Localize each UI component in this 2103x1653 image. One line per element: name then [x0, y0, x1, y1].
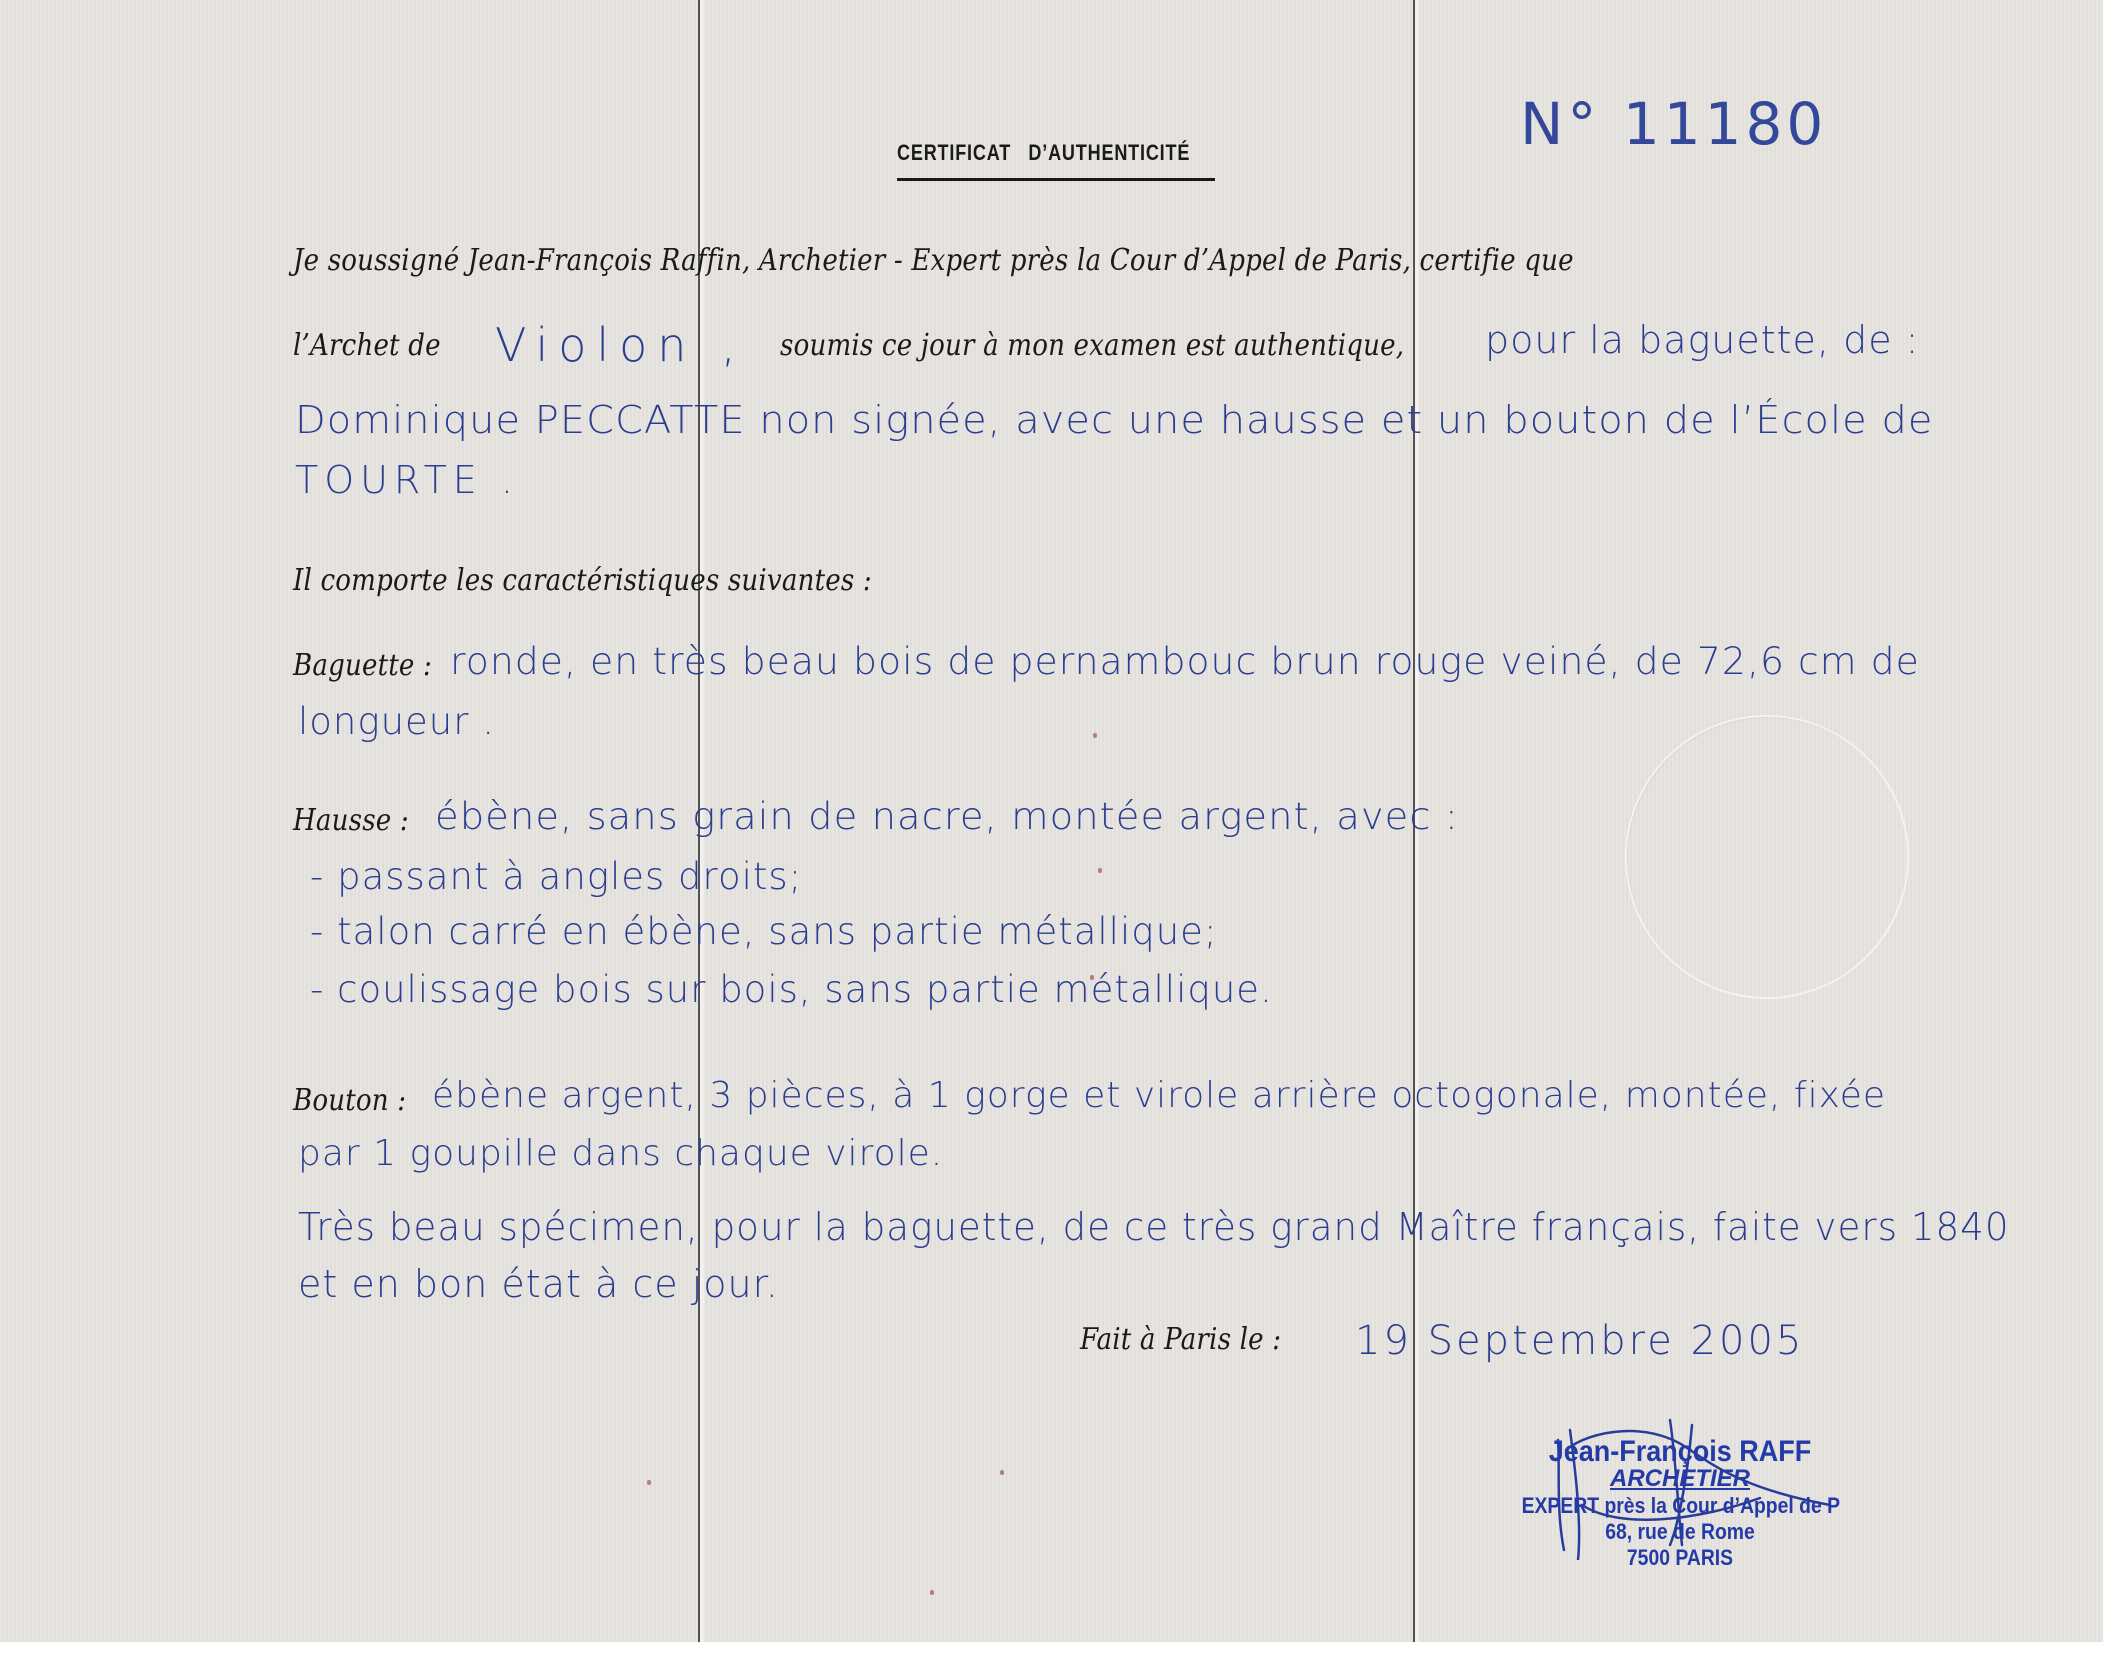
bouton-label: Bouton : [293, 1083, 406, 1118]
ink-speck [1098, 868, 1102, 873]
hausse-item: - coulissage bois sur bois, sans partie … [310, 968, 1273, 1011]
baguette-description: ronde, en très beau bois de pernambouc b… [450, 640, 1920, 683]
document-title: CERTIFICAT D’AUTHENTICITÉ [897, 140, 1190, 166]
stamp-city: 7500 PARIS [1522, 1545, 1839, 1571]
characteristics-heading: Il comporte les caractéristiques suivant… [293, 563, 872, 598]
intro-line-2-prefix: l’Archet de [293, 328, 441, 363]
intro-line-2-handwritten: pour la baguette, de : [1485, 318, 1919, 362]
stamp-name: Jean-François RAFF [1518, 1435, 1842, 1469]
stamp-line: EXPERT près la Cour d’Appel de P [1522, 1493, 1839, 1519]
signoff-label: Fait à Paris le : [1080, 1322, 1281, 1357]
conclusion-line-2: et en bon état à ce jour. [298, 1262, 779, 1306]
hausse-description: ébène, sans grain de nacre, montée argen… [435, 795, 1459, 838]
title-underline [897, 178, 1215, 181]
hausse-item: - passant à angles droits; [310, 855, 802, 898]
ink-speck [930, 1590, 934, 1595]
ink-speck [1093, 733, 1097, 738]
bouton-description: ébène argent, 3 pièces, à 1 gorge et vir… [432, 1075, 1886, 1116]
hausse-item: - talon carré en ébène, sans partie méta… [310, 910, 1217, 953]
hausse-label: Hausse : [293, 803, 409, 838]
ink-speck [1000, 1470, 1004, 1475]
intro-line-2-middle: soumis ce jour à mon examen est authenti… [780, 328, 1404, 363]
baguette-description-2: longueur . [298, 700, 495, 743]
intro-line-1: Je soussigné Jean-François Raffin, Arche… [293, 243, 1574, 278]
certificate-paper: CERTIFICAT D’AUTHENTICITÉ N° 11180 Je so… [0, 0, 2103, 1642]
ink-speck [647, 1480, 651, 1485]
instrument-type: Violon , [495, 318, 746, 372]
expert-stamp: Jean-François RAFF ARCHETIER EXPERT près… [1500, 1435, 1860, 1571]
signoff-date: 19 Septembre 2005 [1355, 1318, 1804, 1364]
maker-line-2: TOURTE . [295, 458, 519, 502]
maker-line: Dominique PECCATTE non signée, avec une … [295, 398, 1933, 442]
stamp-role: ARCHETIER [1500, 1465, 1860, 1493]
conclusion-line-1: Très beau spécimen, pour la baguette, de… [298, 1205, 2010, 1249]
baguette-label: Baguette : [293, 648, 432, 683]
certificate-number: N° 11180 [1520, 90, 1827, 158]
stamp-address: 68, rue de Rome [1522, 1519, 1839, 1545]
embossed-seal [1625, 715, 1909, 999]
bouton-description-2: par 1 goupille dans chaque virole. [298, 1133, 943, 1174]
